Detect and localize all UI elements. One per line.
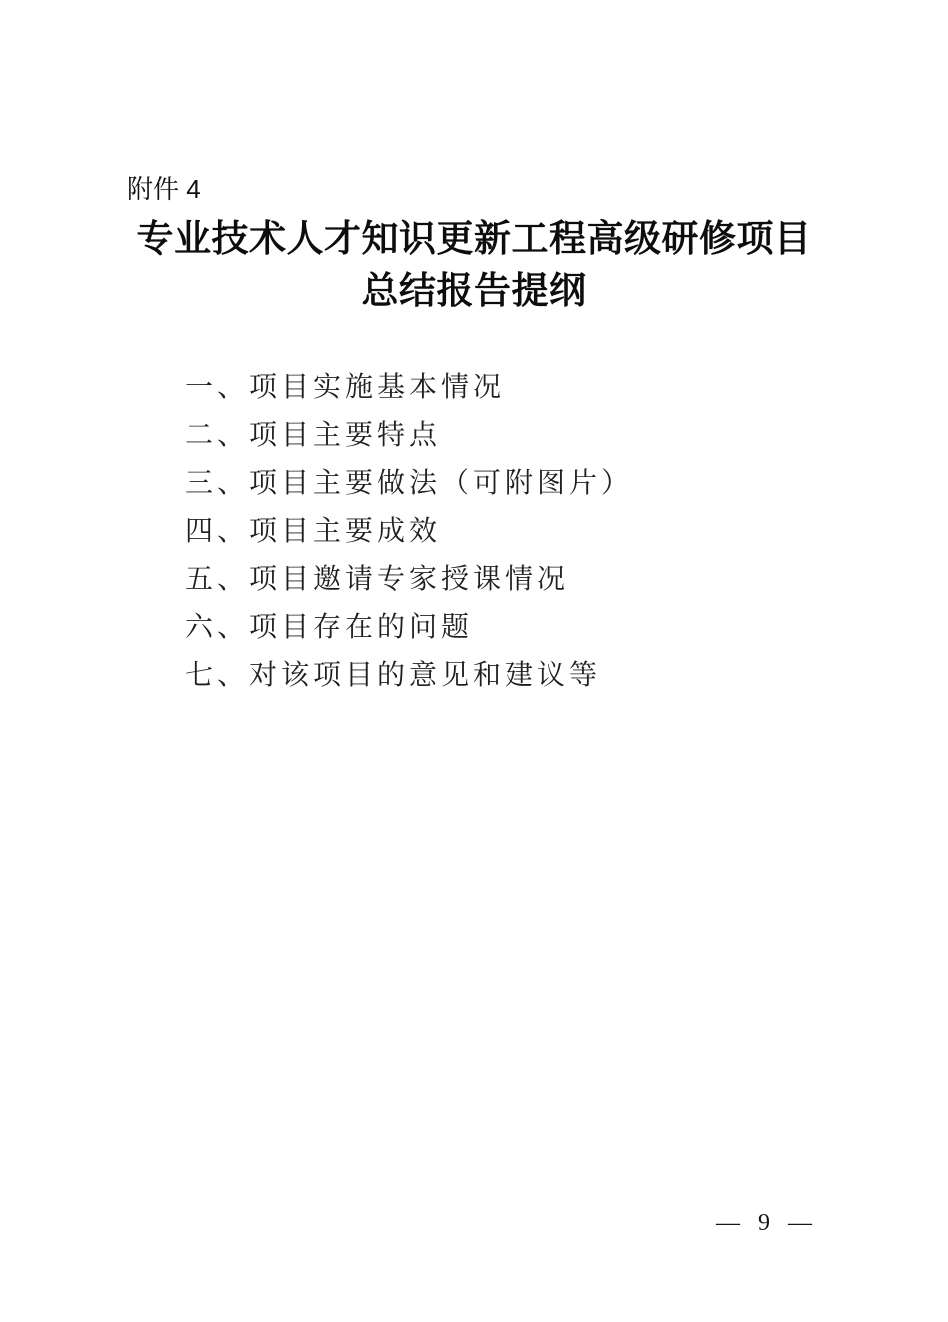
outline-item-4: 四、项目主要成效 xyxy=(185,508,633,556)
outline-item-2: 二、项目主要特点 xyxy=(185,412,633,460)
document-title: 专业技术人才知识更新工程高级研修项目 总结报告提纲 xyxy=(0,214,948,318)
outline-item-5: 五、项目邀请专家授课情况 xyxy=(185,556,633,604)
outline-list: 一、项目实施基本情况 二、项目主要特点 三、项目主要做法（可附图片） 四、项目主… xyxy=(185,364,633,700)
page-number: — 9 — xyxy=(716,1208,814,1238)
document-title-line-2: 总结报告提纲 xyxy=(0,266,948,318)
outline-item-1: 一、项目实施基本情况 xyxy=(185,364,633,412)
outline-item-7: 七、对该项目的意见和建议等 xyxy=(185,652,633,700)
outline-item-6: 六、项目存在的问题 xyxy=(185,604,633,652)
outline-item-3: 三、项目主要做法（可附图片） xyxy=(185,460,633,508)
document-title-line-1: 专业技术人才知识更新工程高级研修项目 xyxy=(0,214,948,266)
document-page: 附件 4 专业技术人才知识更新工程高级研修项目 总结报告提纲 一、项目实施基本情… xyxy=(0,0,948,1322)
attachment-label: 附件 4 xyxy=(127,174,201,204)
